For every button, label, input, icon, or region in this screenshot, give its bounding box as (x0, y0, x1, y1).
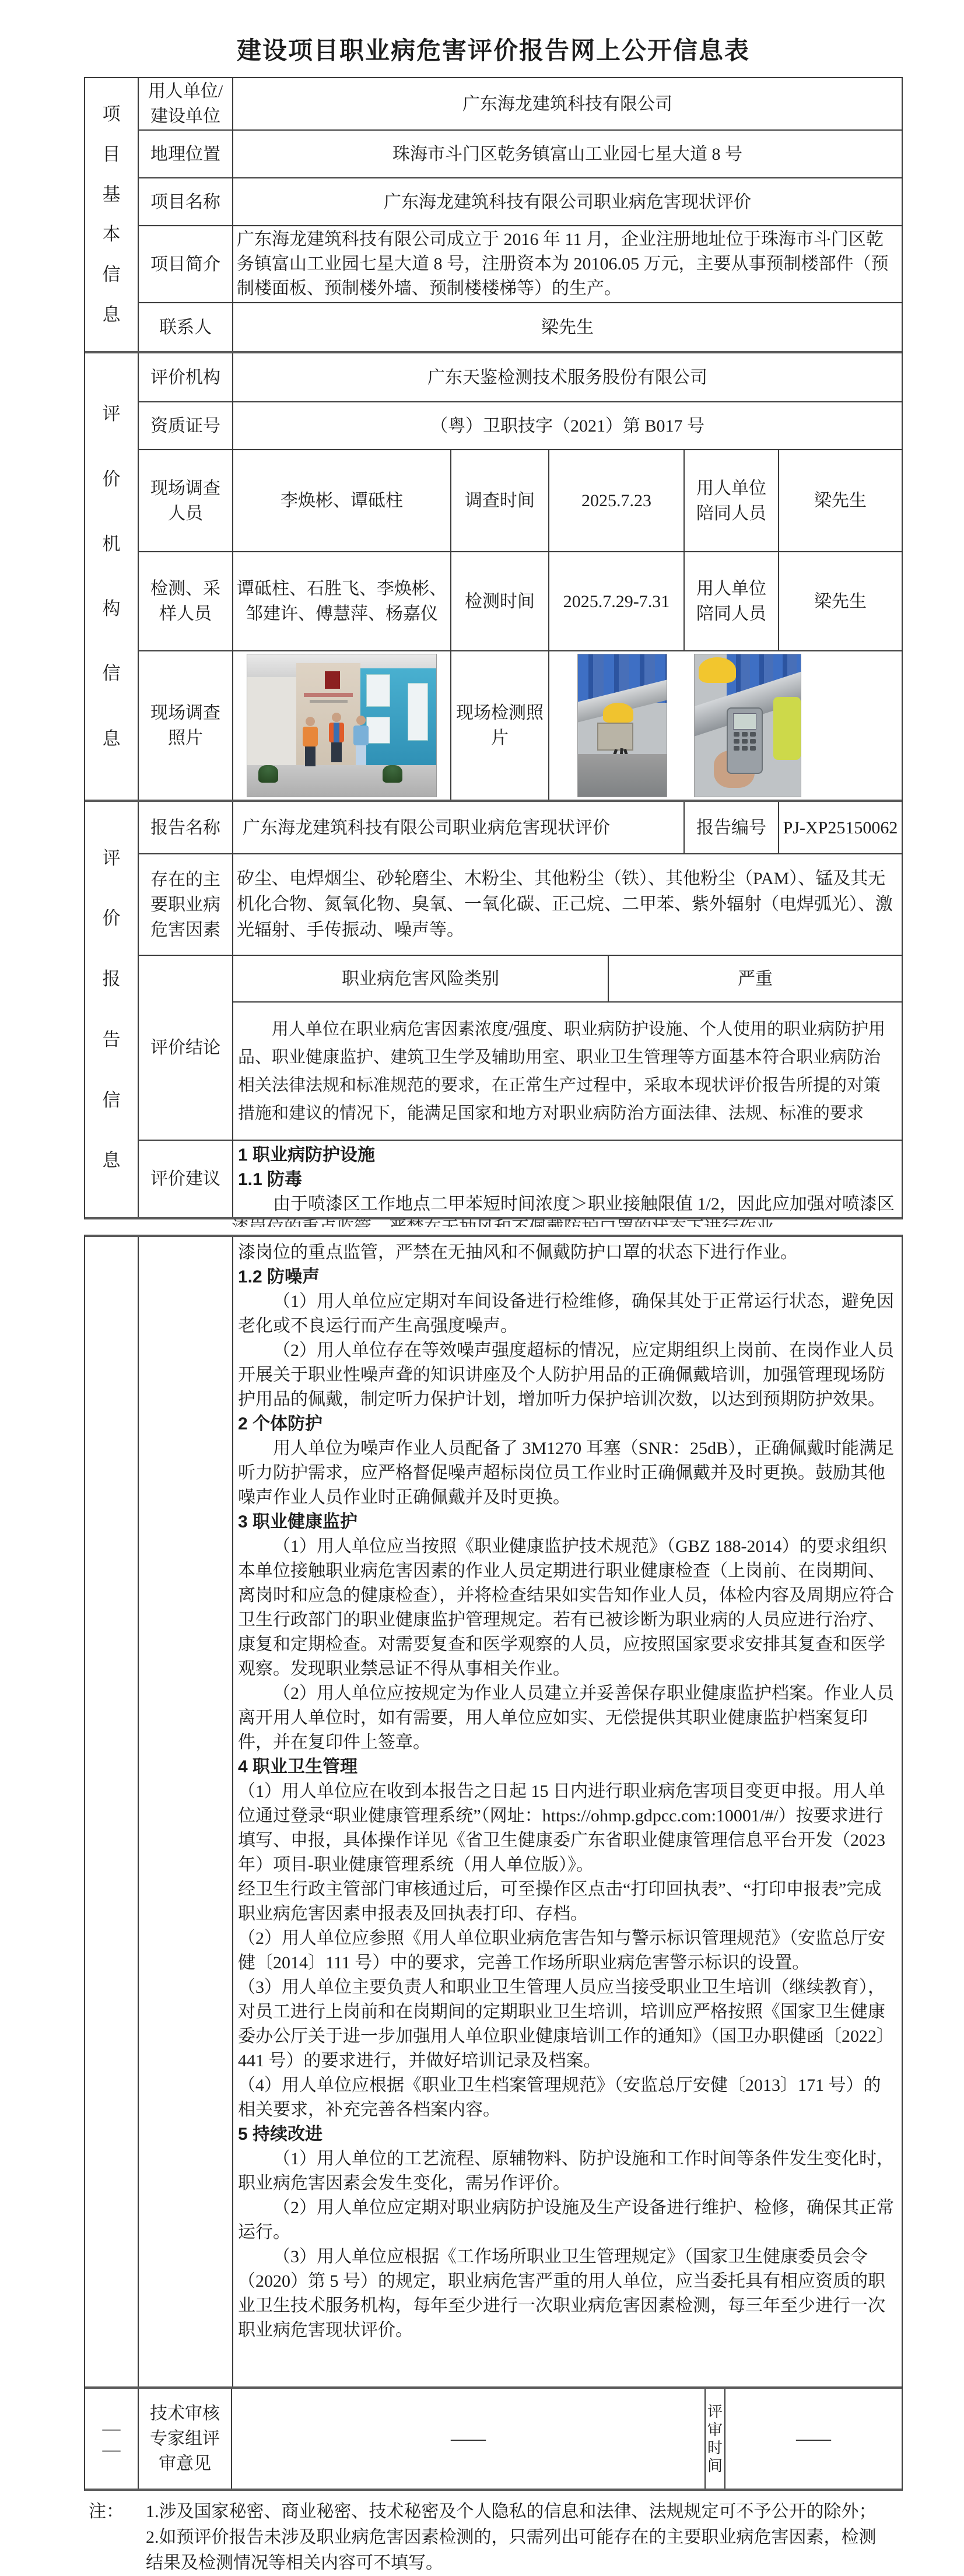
section-rows-agency: 评价机构 广东天鉴检测技术服务股份有限公司 资质证号 （粤）卫职技字（2021）… (138, 353, 902, 800)
conclusion-text-cell: 用人单位在职业病危害因素浓度/强度、职业病防护设施、个人使用的职业病防护用品、职… (233, 1003, 902, 1140)
company-subtitle-sign-shape (310, 700, 348, 703)
sampling-team-label-cell: 检测、采样人员 (139, 552, 232, 650)
suggestion-paragraph: （4）用人单位应根据《职业卫生档案管理规范》（安监总厅安健〔2013〕171 号… (238, 2073, 897, 2122)
photo-floor-shape (578, 754, 667, 797)
section-rows-suggestions: 漆岗位的重点监管，严禁在无抽风和不佩戴防护口罩的状态下进行作业。1.2 防噪声（… (138, 1237, 902, 2386)
hard-hat-shape (603, 703, 633, 723)
expert-review-value-cell: —— (231, 2389, 704, 2489)
suggestion-heading: 1.2 防噪声 (238, 1265, 897, 1289)
vertical-char: 息 (103, 305, 121, 325)
detect-photos-cell (548, 651, 902, 800)
vertical-char: 目 (103, 145, 121, 164)
vertical-char: — (103, 2439, 121, 2460)
company-name-sign-shape (304, 693, 353, 697)
person-legs-shape (305, 746, 316, 766)
person-head-shape (356, 716, 366, 725)
vertical-char: 价 (103, 469, 121, 489)
hard-hat-shape (699, 657, 736, 683)
expert-review-label-cell: 技术审核专家组评审意见 (138, 2389, 231, 2489)
footnote-label: 注： (89, 2499, 146, 2576)
footnote-item: 1.涉及国家秘密、商业秘密、技术秘密及个人隐私的信息和法律、法规规定可不予公开的… (146, 2499, 886, 2525)
suggestion-label-empty-cell (139, 1237, 232, 2386)
person-figure (300, 717, 320, 766)
row-survey-team: 现场调查人员 李焕彬、谭砥柱 调查时间 2025.7.23 用人单位陪同人员 梁… (139, 449, 902, 551)
vertical-char: 信 (103, 265, 121, 285)
suggestion-paragraph: （2）用人单位应参照《用人单位职业病危害告知与警示标识管理规范》（安监总厅安健〔… (238, 1926, 897, 1975)
person-head-shape (306, 717, 315, 726)
vertical-char: 信 (103, 664, 121, 684)
section-rows-basic: 用人单位/建设单位 广东海龙建筑科技有限公司 地理位置 珠海市斗门区乾务镇富山工… (138, 78, 902, 351)
vertical-char: 评 (103, 849, 121, 868)
risk-category-value-cell: 严重 (608, 956, 902, 1001)
review-time-value-cell: —— (724, 2389, 902, 2489)
section-agency-info: 评价机构信息 评价机构 广东天鉴检测技术服务股份有限公司 资质证号 （粤）卫职技… (85, 351, 902, 800)
section-rows-report: 报告名称 广东海龙建筑科技有限公司职业病危害现状评价 报告编号 PJ-XP251… (138, 802, 902, 1217)
survey-photo-label-cell: 现场调查照片 (139, 651, 232, 800)
suggestion-heading: 1.1 防毒 (238, 1168, 897, 1192)
sampling-team-names-cell: 谭砥柱、石胜飞、李焕彬、邹建许、傅慧萍、杨嘉仪 (232, 552, 450, 650)
row-hazard-factors: 存在的主要职业病危害因素 矽尘、电焊烟尘、砂轮磨尘、木粉尘、其他粉尘（铁）、其他… (139, 853, 902, 955)
row-contact: 联系人 梁先生 (139, 302, 902, 351)
plant-shape (258, 765, 278, 783)
suggestion-heading: 3 职业健康监护 (238, 1510, 897, 1534)
conclusion-stack: 职业病危害风险类别 严重 用人单位在职业病危害因素浓度/强度、职业病防护设施、个… (232, 956, 902, 1140)
sampling-escort-label-cell: 用人单位陪同人员 (683, 552, 778, 650)
main-table-page2: 漆岗位的重点监管，严禁在无抽风和不佩戴防护口罩的状态下进行作业。1.2 防噪声（… (84, 1235, 903, 2491)
vertical-char: 信 (103, 1091, 121, 1110)
site-survey-photo (247, 654, 437, 797)
suggestion-heading: 4 职业卫生管理 (238, 1755, 897, 1779)
vertical-char: 构 (103, 599, 121, 619)
hazard-factors-label-cell: 存在的主要职业病危害因素 (139, 854, 232, 955)
suggestion-paragraph: （2）用人单位存在等效噪声强度超标的情况，应定期组织上岗前、在岗作业人员开展关于… (238, 1338, 897, 1412)
vertical-char: 基 (103, 185, 121, 205)
survey-escort-label-cell: 用人单位陪同人员 (683, 450, 778, 551)
sampling-time-value-cell: 2025.7.29-7.31 (548, 552, 683, 650)
suggestions-page2-cell: 漆岗位的重点监管，严禁在无抽风和不佩戴防护口罩的状态下进行作业。1.2 防噪声（… (232, 1237, 902, 2386)
sampling-escort-value-cell: 梁先生 (778, 552, 902, 650)
main-table-page1: 项目基本信息 用人单位/建设单位 广东海龙建筑科技有限公司 地理位置 珠海市斗门… (84, 77, 903, 1219)
poster-shape (366, 674, 390, 707)
license-label-cell: 资质证号 (139, 402, 232, 449)
conclusion-text: 用人单位在职业病危害因素浓度/强度、职业病防护设施、个人使用的职业病防护用品、职… (238, 1015, 897, 1127)
section-project-basic-info: 项目基本信息 用人单位/建设单位 广东海龙建筑科技有限公司 地理位置 珠海市斗门… (85, 78, 902, 351)
footnote-body: 1.涉及国家秘密、商业秘密、技术秘密及个人隐私的信息和法律、法规规定可不予公开的… (146, 2499, 886, 2576)
hazard-factors-text: 矽尘、电焊烟尘、砂轮磨尘、木粉尘、其他粉尘（铁）、其他粉尘（PAM）、锰及其无机… (237, 866, 898, 943)
person-legs-shape (356, 745, 366, 765)
section-report-info: 评价报告信息 报告名称 广东海龙建筑科技有限公司职业病危害现状评价 报告编号 P… (85, 800, 902, 1217)
hiviz-vest-shape (773, 697, 801, 759)
suggestion-label-cell: 评价建议 (139, 1141, 232, 1217)
suggestion-paragraph: 用人单位为噪声作业人员配备了 3M1270 耳塞（SNR：25dB），正确佩戴时… (238, 1436, 897, 1510)
clipped-line: 漆岗位的重点监管，严禁在无抽风和不佩戴防护口罩的状态下进行作业。 (232, 1219, 791, 1227)
person-orange-shirt-shape (303, 727, 318, 746)
suggestions-page1-cell: 1 职业病防护设施1.1 防毒由于喷漆区工作地点二甲苯短时间浓度＞职业接触限值 … (232, 1141, 902, 1217)
suggestion-paragraph: （3）用人单位主要负责人和职业卫生管理人员应当接受职业卫生培训（继续教育），对员… (238, 1975, 897, 2073)
survey-team-names-cell: 李焕彬、谭砥柱 (232, 450, 450, 551)
employer-value-cell: 广东海龙建筑科技有限公司 (232, 78, 902, 129)
report-name-label-cell: 报告名称 (139, 802, 232, 853)
site-detection-photo-tripod (577, 654, 667, 797)
row-suggestions-page2: 漆岗位的重点监管，严禁在无抽风和不佩戴防护口罩的状态下进行作业。1.2 防噪声（… (139, 1237, 902, 2386)
suggestion-paragraph: 经卫生行政主管部门审核通过后，可至操作区点击“打印回执表”、“打印申报表”完成职… (238, 1877, 897, 1926)
vertical-char: 审 (707, 2421, 723, 2439)
suggestion-paragraph: （2）用人单位应按规定为作业人员建立并妥善保存职业健康监护档案。作业人员离开用人… (238, 1681, 897, 1755)
row-location: 地理位置 珠海市斗门区乾务镇富山工业园七星大道 8 号 (139, 129, 902, 177)
project-brief-value-cell: 广东海龙建筑科技有限公司成立于 2016 年 11 月，企业注册地址位于珠海市斗… (232, 226, 902, 302)
vertical-char: — (103, 2418, 121, 2439)
page-break-clipped-text: 漆岗位的重点监管，严禁在无抽风和不佩戴防护口罩的状态下进行作业。 (232, 1219, 791, 1227)
survey-time-value-cell: 2025.7.23 (548, 450, 683, 551)
section-label-report-info: 评价报告信息 (85, 802, 138, 1217)
vertical-char: 间 (707, 2457, 723, 2475)
footnotes: 注： 1.涉及国家秘密、商业秘密、技术秘密及个人隐私的信息和法律、法规规定可不予… (84, 2499, 903, 2576)
suggestion-paragraph: （3）用人单位应根据《工作场所职业卫生管理规定》（国家卫生健康委员会令（2020… (238, 2245, 897, 2343)
footnote-item: 2.如预评价报告未涉及职业病危害因素检测的，只需列出可能存在的主要职业病危害因素… (146, 2525, 886, 2576)
review-time-label-cell: 评审时间 (704, 2389, 724, 2489)
survey-escort-value-cell: 梁先生 (778, 450, 902, 551)
vertical-char: 评 (103, 404, 121, 424)
meter-box-shape (597, 723, 633, 751)
document-page: 建设项目职业病危害评价报告网上公开信息表 项目基本信息 用人单位/建设单位 广东… (84, 31, 903, 2576)
suggestion-heading: 5 持续改进 (238, 2122, 897, 2147)
person-figure (351, 716, 371, 765)
section-label-empty (85, 1237, 138, 2386)
report-no-value-cell: PJ-XP25150062 (778, 802, 902, 853)
location-value-cell: 珠海市斗门区乾务镇富山工业园七星大道 8 号 (232, 131, 902, 177)
row-suggestions-page1: 评价建议 1 职业病防护设施1.1 防毒由于喷漆区工作地点二甲苯短时间浓度＞职业… (139, 1140, 902, 1217)
row-photos: 现场调查照片 (139, 650, 902, 800)
project-brief-text: 广东海龙建筑科技有限公司成立于 2016 年 11 月，企业注册地址位于珠海市斗… (237, 227, 898, 301)
vertical-char: 项 (103, 104, 121, 124)
risk-category-subrow: 职业病危害风险类别 严重 (233, 956, 902, 1003)
project-name-value-cell: 广东海龙建筑科技有限公司职业病危害现状评价 (232, 178, 902, 225)
contact-label-cell: 联系人 (139, 303, 232, 351)
report-name-value-cell: 广东海龙建筑科技有限公司职业病危害现状评价 (232, 802, 683, 853)
photo-wall-shape (247, 677, 296, 765)
suggestion-paragraph: （1）用人单位应定期对车间设备进行检维修，确保其处于正常运行状态，避免因老化或不… (238, 1289, 897, 1338)
suggestion-heading: 2 个体防护 (238, 1412, 897, 1436)
sampling-time-label-cell: 检测时间 (450, 552, 548, 650)
site-detection-photo-handheld (694, 654, 801, 797)
vertical-char: 告 (103, 1030, 121, 1050)
conclusion-label-cell: 评价结论 (139, 956, 232, 1140)
report-no-label-cell: 报告编号 (683, 802, 778, 853)
row-conclusion: 评价结论 职业病危害风险类别 严重 用人单位在职业病危害因素浓度/强度、职业病防… (139, 955, 902, 1140)
person-blue-shirt-shape (353, 726, 369, 745)
row-report-name: 报告名称 广东海龙建筑科技有限公司职业病危害现状评价 报告编号 PJ-XP251… (139, 802, 902, 853)
vertical-char: 价 (103, 909, 121, 928)
row-project-brief: 项目简介 广东海龙建筑科技有限公司成立于 2016 年 11 月，企业注册地址位… (139, 225, 902, 302)
suggestion-paragraph: （1）用人单位的工艺流程、原辅物料、防护设施和工作时间等条件发生变化时，职业病危… (238, 2147, 897, 2196)
row-sampling-team: 检测、采样人员 谭砥柱、石胜飞、李焕彬、邹建许、傅慧萍、杨嘉仪 检测时间 202… (139, 551, 902, 650)
person-figure (327, 713, 346, 762)
survey-time-label-cell: 调查时间 (450, 450, 548, 551)
vertical-char: 机 (103, 534, 121, 554)
location-label-cell: 地理位置 (139, 131, 232, 177)
risk-category-label-cell: 职业病危害风险类别 (233, 956, 608, 1001)
poster-shape (408, 683, 427, 741)
row-agency: 评价机构 广东天鉴检测技术服务股份有限公司 (139, 353, 902, 401)
agency-value-cell: 广东天鉴检测技术服务股份有限公司 (232, 353, 902, 401)
suggestion-paragraph: 漆岗位的重点监管，严禁在无抽风和不佩戴防护口罩的状态下进行作业。 (238, 1240, 897, 1265)
suggestion-paragraph: （1）用人单位应当按照《职业健康监护技术规范》（GBZ 188-2014）的要求… (238, 1534, 897, 1681)
hazard-factors-value-cell: 矽尘、电焊烟尘、砂轮磨尘、木粉尘、其他粉尘（铁）、其他粉尘（PAM）、锰及其无机… (232, 854, 902, 955)
employer-label-cell: 用人单位/建设单位 (139, 78, 232, 129)
section-label-project-basic-info: 项目基本信息 (85, 78, 138, 351)
company-logo-shape (325, 671, 340, 688)
suggestion-paragraph: （2）用人单位应定期对职业病防护设施及生产设备进行维护、检修，确保其正常运行。 (238, 2196, 897, 2245)
project-brief-label-cell: 项目简介 (139, 226, 232, 302)
project-name-label-cell: 项目名称 (139, 178, 232, 225)
person-safety-vest-shape (329, 723, 344, 742)
vertical-char: 时 (707, 2439, 723, 2457)
detect-photo-label-cell: 现场检测照片 (450, 651, 548, 800)
agency-label-cell: 评价机构 (139, 353, 232, 401)
vertical-char: 评 (707, 2403, 723, 2421)
section-suggestions-continued: 漆岗位的重点监管，严禁在无抽风和不佩戴防护口罩的状态下进行作业。1.2 防噪声（… (85, 1237, 902, 2386)
section-expert-review: —— 技术审核专家组评审意见 —— 评审时间 —— (85, 2386, 902, 2489)
row-employer: 用人单位/建设单位 广东海龙建筑科技有限公司 (139, 78, 902, 129)
person-head-shape (332, 713, 341, 722)
page-break-gap: 漆岗位的重点监管，严禁在无抽风和不佩戴防护口罩的状态下进行作业。 (84, 1219, 903, 1235)
meter-screen-shape (733, 713, 756, 730)
row-project-name: 项目名称 广东海龙建筑科技有限公司职业病危害现状评价 (139, 177, 902, 225)
vertical-char: 本 (103, 225, 121, 244)
page-title: 建设项目职业病危害评价报告网上公开信息表 (84, 31, 903, 66)
vertical-char: 报 (103, 969, 121, 989)
suggestion-paragraph: （1）用人单位应在收到本报告之日起 15 日内进行职业病危害项目变更申报。用人单… (238, 1779, 897, 1877)
survey-team-label-cell: 现场调查人员 (139, 450, 232, 551)
plant-shape (383, 765, 402, 783)
section-label-agency-info: 评价机构信息 (85, 353, 138, 800)
review-section-dash-cell: —— (85, 2389, 138, 2489)
suggestion-heading: 1 职业病防护设施 (238, 1143, 897, 1168)
license-value-cell: （粤）卫职技字（2021）第 B017 号 (232, 402, 902, 449)
person-legs-shape (331, 742, 342, 762)
row-license: 资质证号 （粤）卫职技字（2021）第 B017 号 (139, 401, 902, 449)
meter-keypad-shape (728, 732, 762, 751)
survey-photo-cell (232, 651, 450, 800)
handheld-meter-shape (727, 707, 763, 774)
suggestion-paragraph: 由于喷漆区工作地点二甲苯短时间浓度＞职业接触限值 1/2，因此应加强对喷漆区喷漆… (238, 1192, 897, 1217)
contact-value-cell: 梁先生 (232, 303, 902, 351)
vertical-char: 息 (103, 729, 121, 749)
vertical-char: 息 (103, 1151, 121, 1170)
